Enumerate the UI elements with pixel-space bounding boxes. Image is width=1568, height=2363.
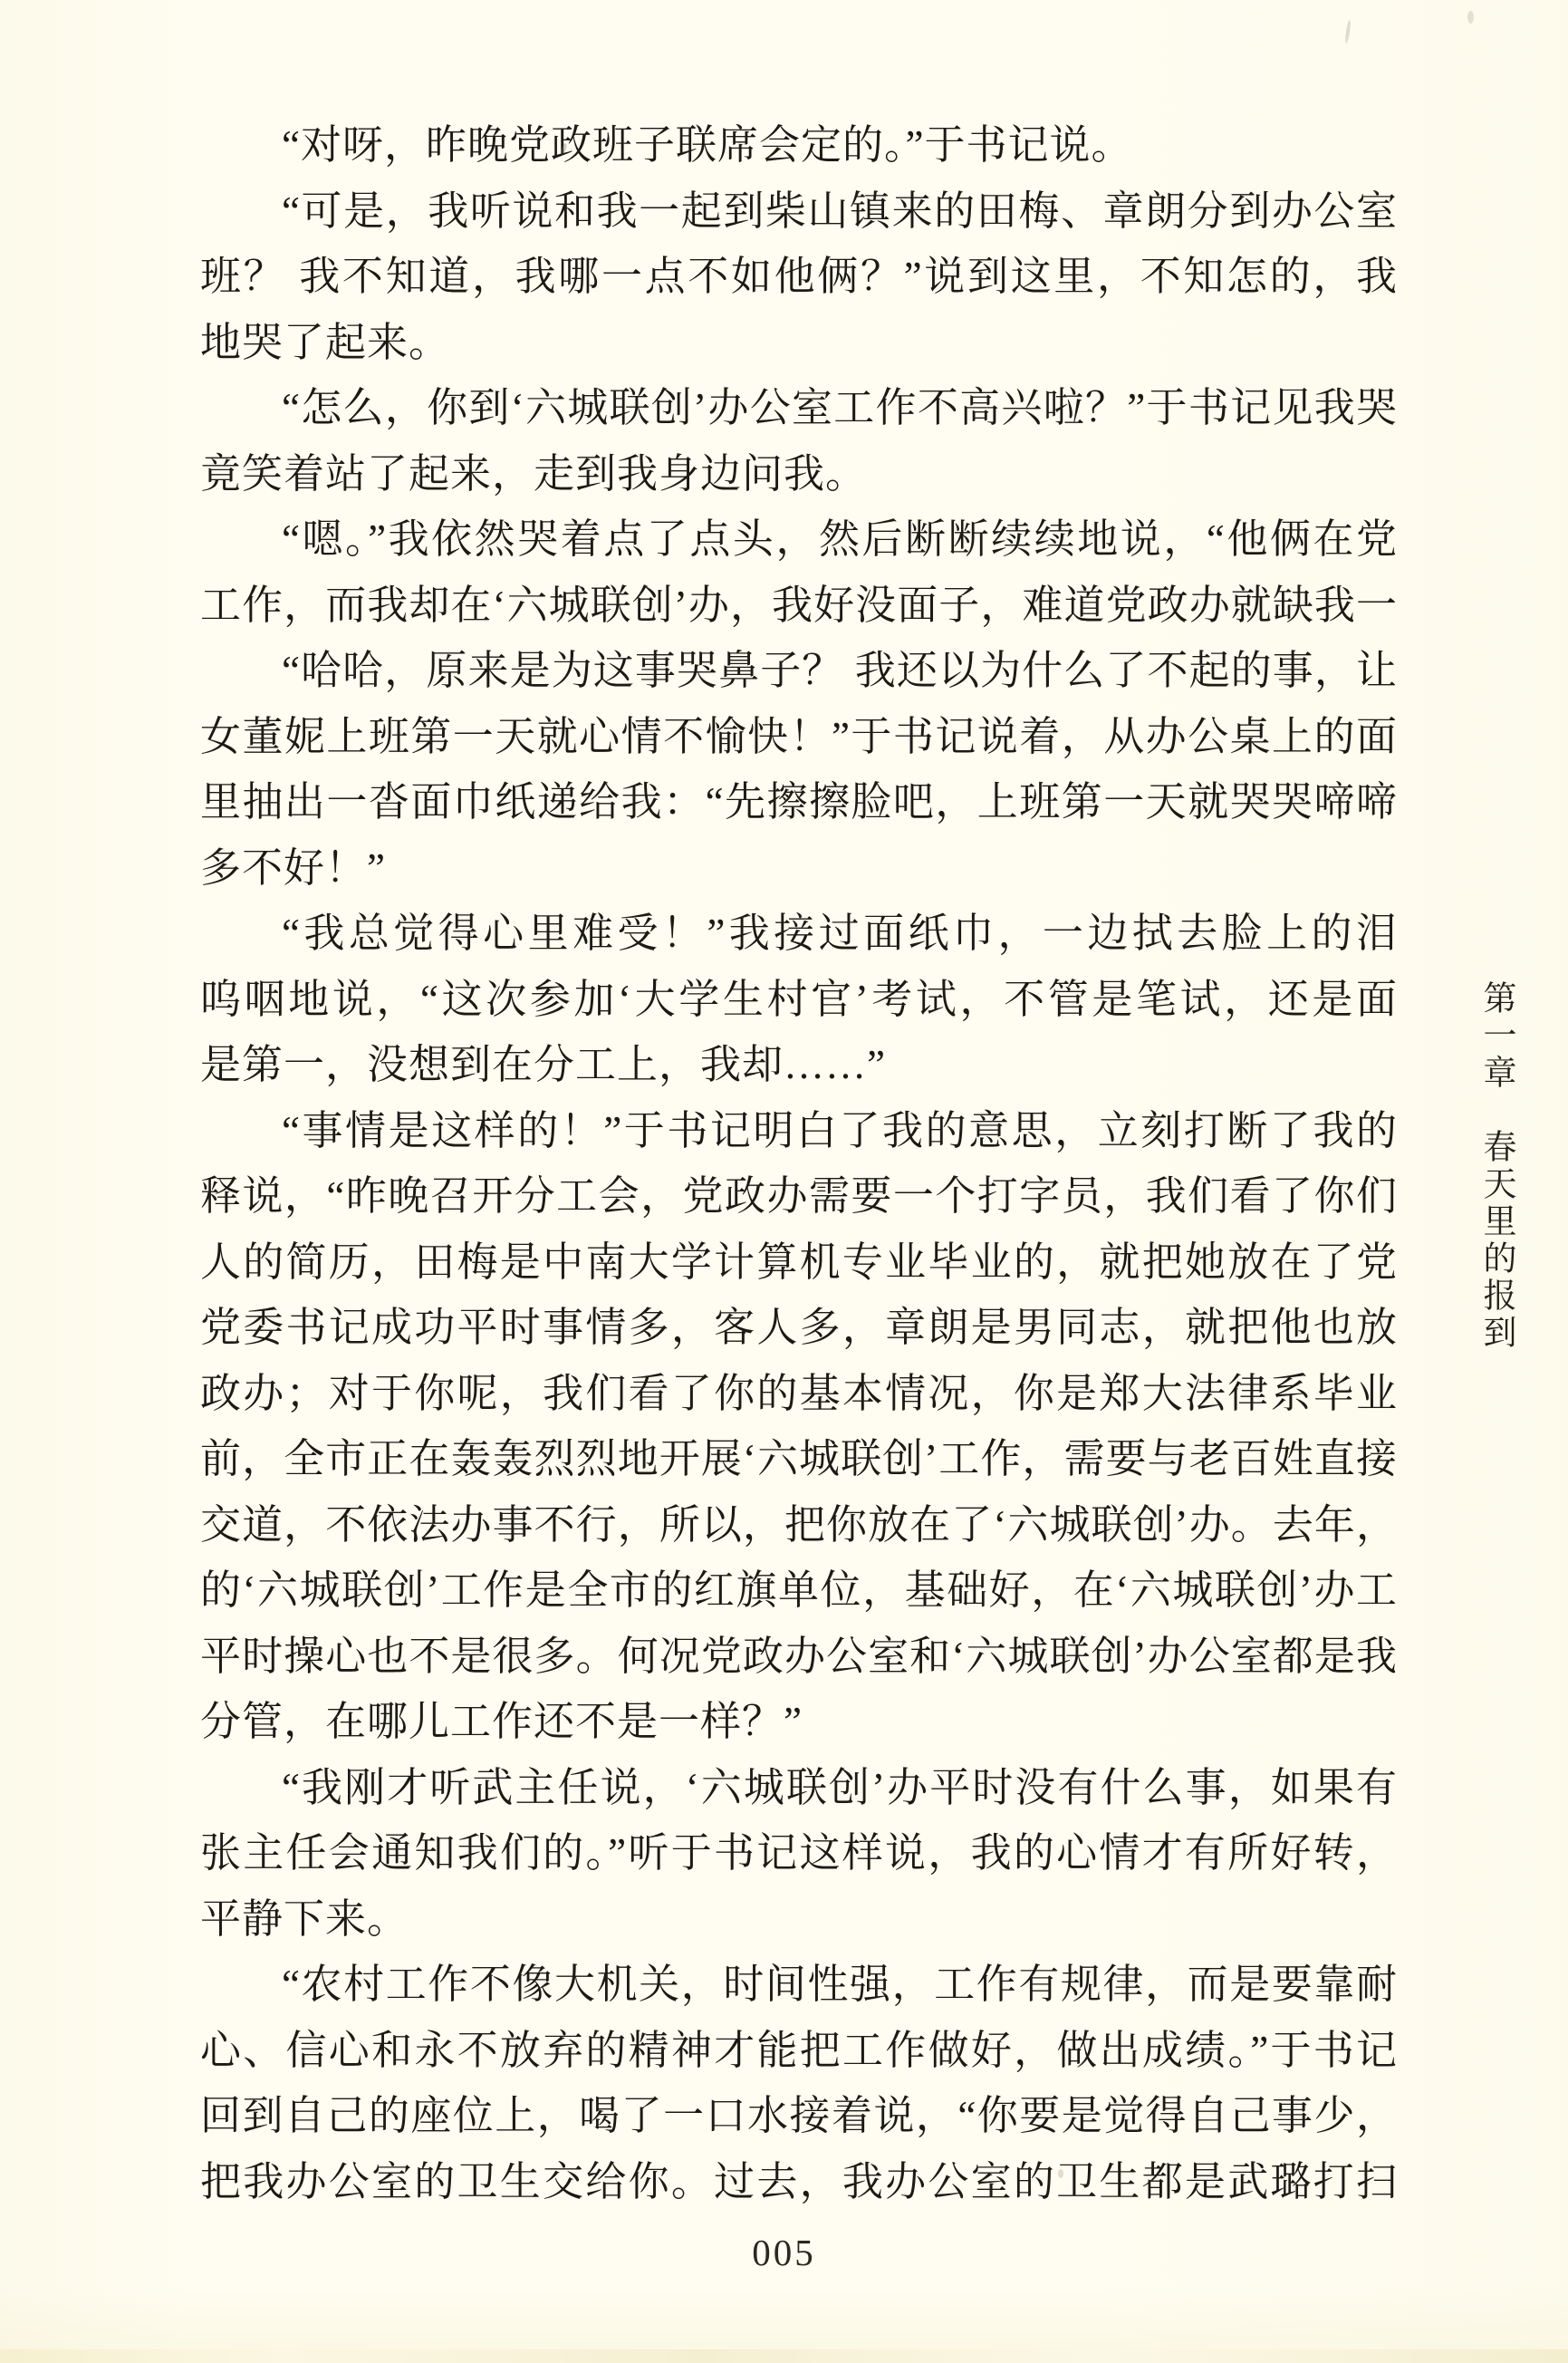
body-line: “农村工作不像大机关，时间性强，工作有规律，而是要靠耐心、细 bbox=[200, 1952, 1398, 2018]
page-number: 005 bbox=[0, 2231, 1568, 2274]
body-line: 平时操心也不是很多。何况党政办公室和‘六城联创’办公室都是我 bbox=[200, 1624, 1398, 1690]
scan-speck bbox=[1058, 2169, 1063, 2178]
body-line: “哈哈，原来是为这事哭鼻子？ 我还以为什么了不起的事，让大才 bbox=[200, 638, 1398, 704]
body-line: “我刚才听武主任说，‘六城联创’办平时没有什么事，如果有事， bbox=[200, 1755, 1398, 1821]
chapter-sidebar-label: 第一章 春天里的报到 bbox=[1476, 980, 1515, 1352]
body-line: “嗯。”我依然哭着点了点头，然后断断续续地说，“他俩在党政办 bbox=[200, 506, 1398, 573]
body-line: 分管，在哪儿工作还不是一样？” bbox=[200, 1689, 1398, 1755]
body-line: 里抽出一沓面巾纸递给我：“先擦擦脸吧，上班第一天就哭哭啼啼的， bbox=[200, 769, 1398, 835]
body-text: “对呀，昨晚党政班子联席会定的。”于书记说。“可是，我听说和我一起到柴山镇来的田… bbox=[200, 112, 1398, 2214]
page-bottom-edge-band bbox=[0, 2349, 1568, 2363]
scan-speck bbox=[1467, 11, 1474, 24]
body-line: 交道，不依法办事不行，所以，把你放在了‘六城联创’办。去年，我镇 bbox=[200, 1492, 1398, 1558]
body-line: “怎么，你到‘六城联创’办公室工作不高兴啦？”于书记见我哭了， bbox=[200, 375, 1398, 441]
body-line: 前，全市正在轰轰烈烈地开展‘六城联创’工作，需要与老百姓直接打 bbox=[200, 1426, 1398, 1492]
body-line: 班？ 我不知道，我哪一点不如他俩？”说到这里，不知怎的，我却“呜呜” bbox=[200, 244, 1398, 310]
body-line: “对呀，昨晚党政班子联席会定的。”于书记说。 bbox=[200, 112, 1398, 178]
body-line: 女董妮上班第一天就心情不愉快！”于书记说着，从办公桌上的面巾盒 bbox=[200, 704, 1398, 770]
body-line: 把我办公室的卫生交给你。过去，我办公室的卫生都是武璐打扫的， bbox=[200, 2149, 1398, 2215]
body-line: 竟笑着站了起来，走到我身边问我。 bbox=[200, 441, 1398, 507]
body-line: 工作，而我却在‘六城联创’办，我好没面子，难道党政办就缺我一个？” bbox=[200, 573, 1398, 639]
body-line: “我总觉得心里难受！”我接过面纸巾，一边拭去脸上的泪水，一边 bbox=[200, 901, 1398, 967]
scan-speck bbox=[1344, 20, 1352, 43]
page-bottom-scan-haze bbox=[0, 2286, 1568, 2349]
body-line: 党委书记成功平时事情多，客人多，章朗是男同志，就把他也放在了党 bbox=[200, 1295, 1398, 1361]
body-line: “可是，我听说和我一起到柴山镇来的田梅、章朗分到办公室上 bbox=[200, 178, 1398, 245]
body-line: 释说，“昨晚召开分工会，党政办需要一个打字员，我们看了你们三个 bbox=[200, 1163, 1398, 1230]
body-line: 呜咽地说，“这次参加‘大学生村官’考试，不管是笔试，还是面试，我都 bbox=[200, 967, 1398, 1033]
body-line: 张主任会通知我们的。”听于书记这样说，我的心情才有所好转，稍微 bbox=[200, 1820, 1398, 1886]
body-line: 多不好！” bbox=[200, 835, 1398, 902]
body-line: “事情是这样的！”于书记明白了我的意思，立刻打断了我的话解 bbox=[200, 1098, 1398, 1164]
body-line: 人的简历，田梅是中南大学计算机专业毕业的，就把她放在了党政办； bbox=[200, 1230, 1398, 1296]
body-line: 心、信心和永不放弃的精神才能把工作做好，做出成绩。”于书记重新 bbox=[200, 2018, 1398, 2084]
body-line: 回到自己的座位上，喝了一口水接着说，“你要是觉得自己事少，干脆 bbox=[200, 2083, 1398, 2149]
book-page: “对呀，昨晚党政班子联席会定的。”于书记说。“可是，我听说和我一起到柴山镇来的田… bbox=[0, 0, 1568, 2363]
body-line: 平静下来。 bbox=[200, 1886, 1398, 1953]
body-line: 是第一，没想到在分工上，我却……” bbox=[200, 1032, 1398, 1098]
body-line: 地哭了起来。 bbox=[200, 310, 1398, 376]
body-line: 政办；对于你呢，我们看了你的基本情况，你是郑大法律系毕业的，目 bbox=[200, 1361, 1398, 1427]
body-line: 的‘六城联创’工作是全市的红旗单位，基础好，在‘六城联创’办工作 bbox=[200, 1558, 1398, 1624]
